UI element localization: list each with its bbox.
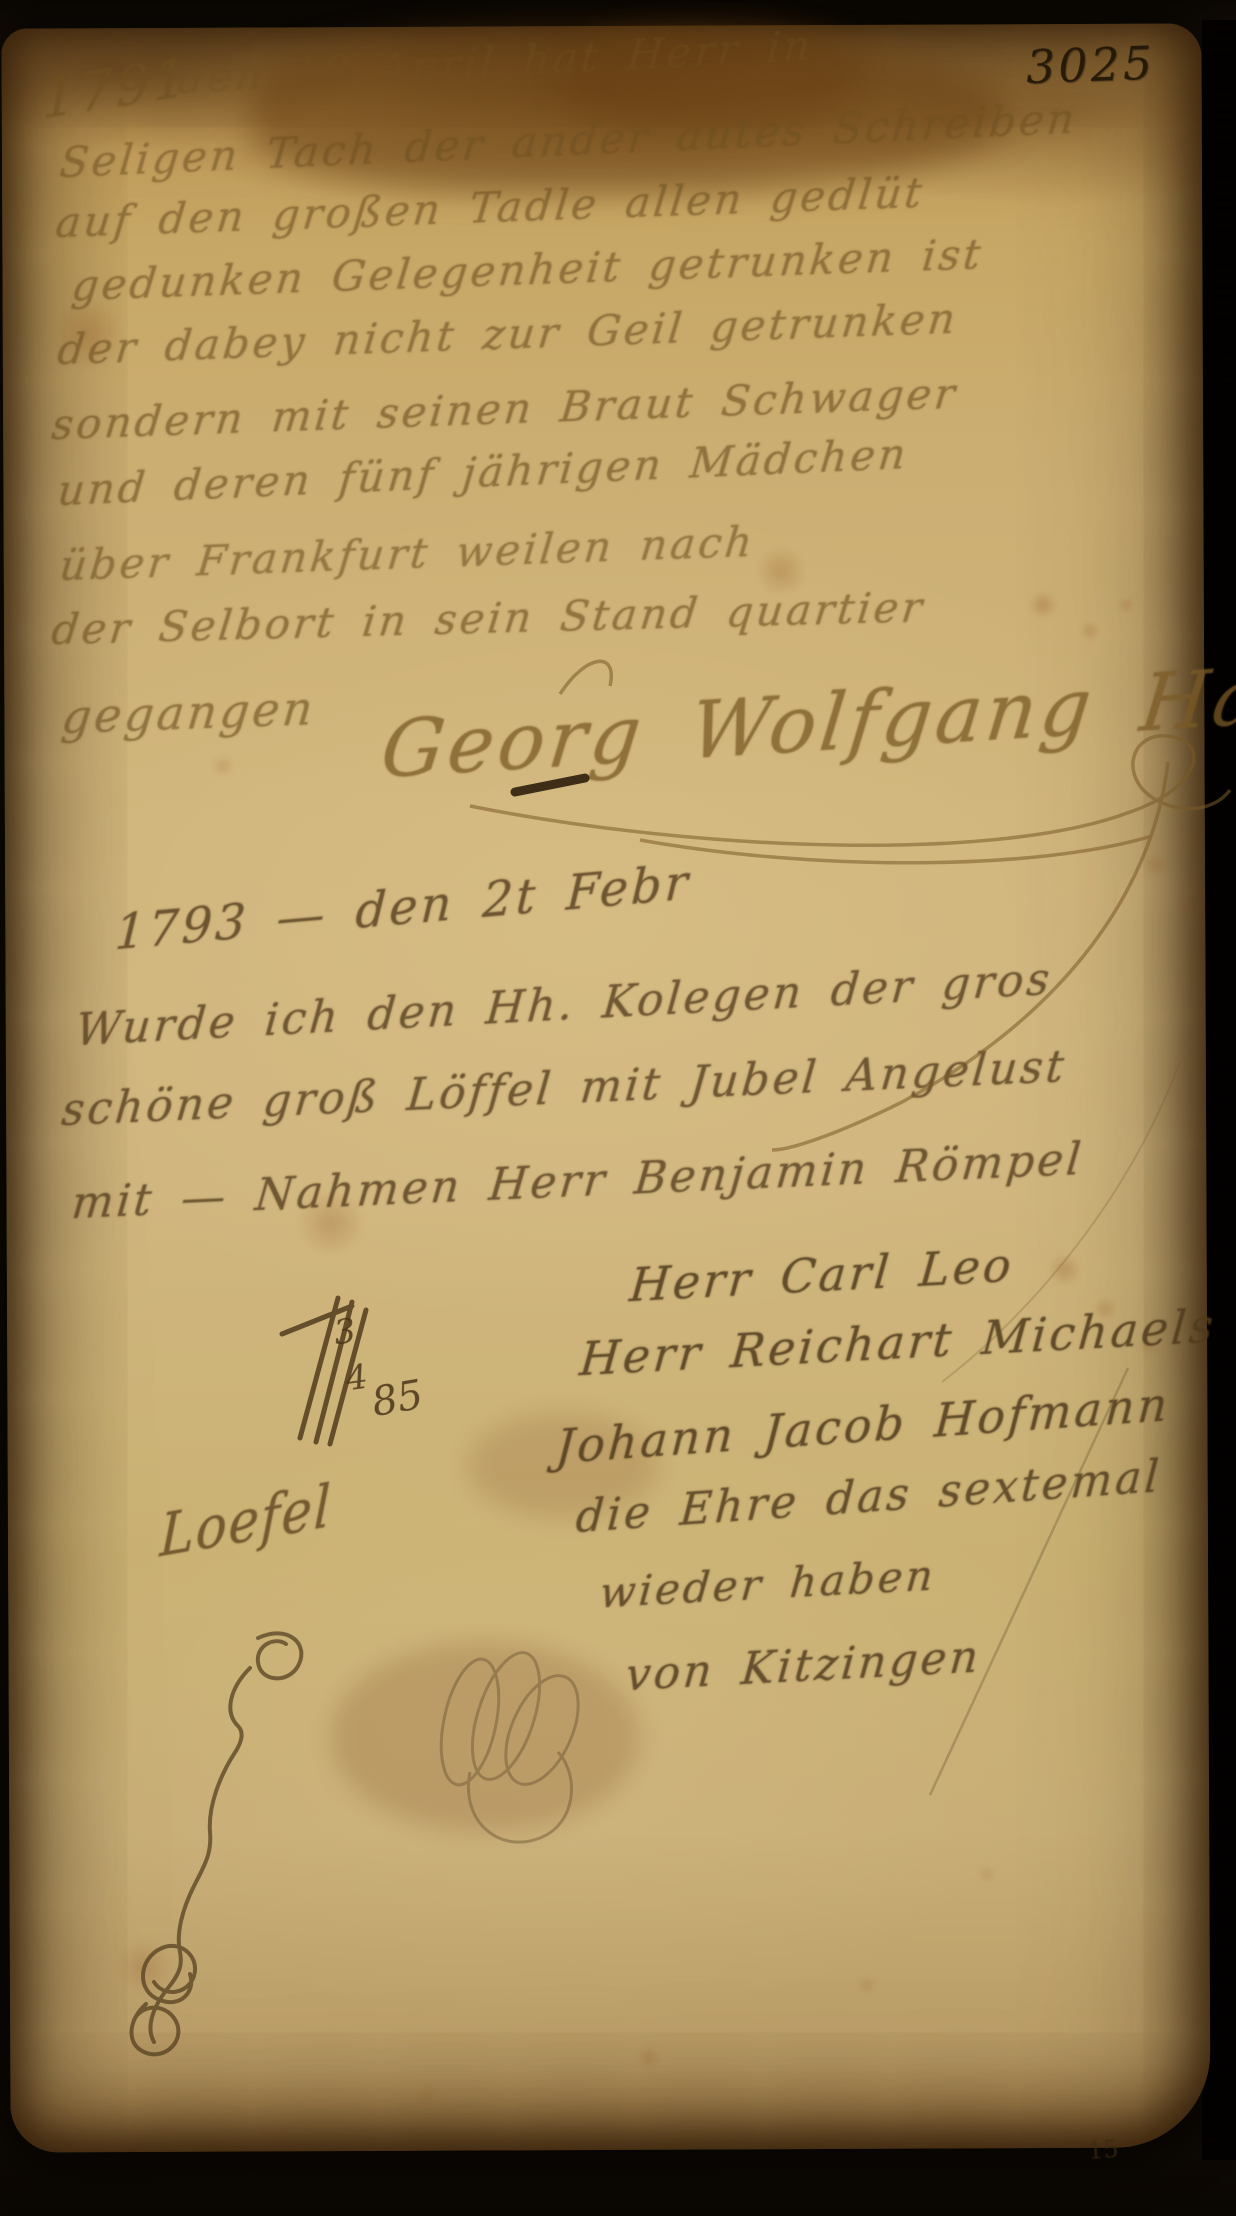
stain-spot: [978, 1866, 996, 1882]
stain-spot: [210, 756, 236, 776]
stain-spot: [1178, 902, 1194, 914]
stain-smudge: [330, 1642, 640, 1832]
stain-spot: [418, 2086, 436, 2102]
handwritten-line: gegangen: [59, 681, 318, 744]
stain-spot: [1144, 856, 1166, 874]
page-corner-number: 15: [1087, 2135, 1119, 2165]
manuscript-photo: 3025 1791 den 18 April hat Herr in Selig…: [0, 0, 1236, 2216]
folio-number: 3025: [1025, 36, 1156, 94]
stain-spot: [856, 1976, 878, 1994]
stain-spot: [636, 2046, 662, 2068]
stain-spot: [1118, 598, 1134, 612]
stain-spot: [1028, 592, 1058, 618]
stain-spot: [1046, 1254, 1084, 1286]
stain-spot: [118, 1936, 170, 1998]
stain-spot: [1080, 622, 1100, 640]
tally-number: 85: [368, 1372, 426, 1426]
